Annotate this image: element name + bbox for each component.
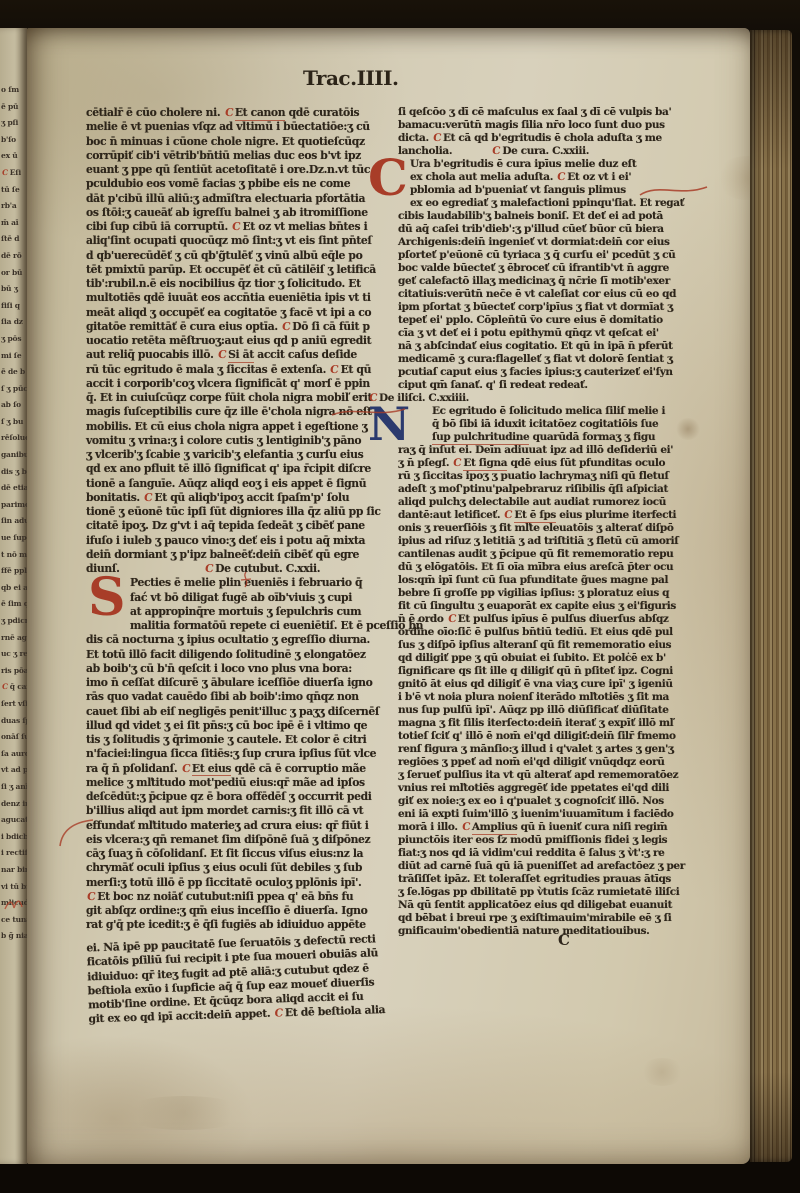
text-line: nus ſup pulſū ipī'. Aūqz pp illō diūſifi… [398, 704, 716, 717]
capitulum-mark: C [461, 821, 471, 834]
text-line: pblomia ad b'pueniať vt ſanguis plimus [398, 184, 716, 197]
text-line: cantilenas audit ʒ p̄cipue qū fit rememo… [398, 548, 716, 561]
text-block: cētialr̄ ē cūo cholere ni. CEt canon qdē… [86, 106, 402, 576]
clipped-text-fragment: ſi ʒ anīa [0, 779, 27, 796]
text-line: tionē a ſanguīe. Aūqz aliqd eoʒ i eis ap… [86, 477, 402, 491]
text-line: gnitō āt eius qd diligiť ē vna viaʒ cure… [398, 678, 716, 691]
text-line: i b'ē vt noia plura noienſ iterādo mľtot… [398, 691, 716, 704]
text-line: ifuſo i iuleb ʒ pauco vino:ʒ deť eis i p… [86, 534, 402, 548]
clipped-text-fragment: duas ſpa [0, 713, 27, 730]
text-line: d qb'uerecūdēť ʒ cū qb'g̃tulēť ʒ vinū al… [86, 249, 402, 263]
clipped-text-fragment: denz imo [0, 796, 27, 813]
text-line: melice ʒ mľtitudo mot'pediū eius:qr̄ mãe… [86, 776, 402, 790]
text-line: corrūpiť cib'i vētrib'bn̄tiū melias duc … [86, 149, 402, 163]
text-line: Ura b'egritudis ē cura ipīus melie duz e… [398, 158, 716, 171]
text-block: CUra b'egritudis ē cura ipīus melie duz … [398, 158, 716, 392]
text-line: geť calefactō illaʒ medicinaʒ q̄ nc̄rie … [398, 275, 716, 288]
clipped-text-fragment: ffē pplo [0, 563, 27, 580]
text-line: diunſ. CDe cutubut. C.xxii. [86, 562, 402, 576]
text-line: ſi qeſcōo ʒ dī cē maſculus ex ſaal ʒ dī … [398, 106, 716, 119]
left-text-column: cētialr̄ ē cūo cholere ni. CEt canon qdē… [86, 106, 402, 1018]
text-line: giť ex noie:ʒ ex eo i q'pualet ʒ cognoſc… [398, 795, 716, 808]
clipped-text-fragment: ris pōas [0, 663, 27, 680]
text-line: Pecties ē melie plin eueniēs i februario… [86, 576, 402, 590]
clipped-text-fragment: ſia dz [0, 314, 27, 331]
text-line: euant ʒ ppe qū ſentiūt acetoſitatē i ore… [86, 163, 402, 177]
text-line: bebre ſī groſſe pp vigilias ipſius: ʒ pl… [398, 587, 716, 600]
text-line: q̄ bō ſibi iā iduxit icitatōez cogitatiō… [398, 418, 716, 431]
text-line: boc valde būecteť ʒ ēbroceť cū ifrantib'… [398, 262, 716, 275]
capitulum-mark: C [1, 165, 9, 182]
text-line: pcutiaſ caput eius ʒ facies ipius:ʒ caut… [398, 366, 716, 379]
text-line: Archigenis:dein̄ ingenieť vt dormiat:dei… [398, 236, 716, 249]
text-line: diūt ad carnē ſuā qū iā pueniſſet ad are… [398, 860, 716, 873]
clipped-text-fragment: ſtē d [0, 231, 27, 248]
rubricated-phrase: Amplius [472, 821, 517, 835]
clipped-text-fragment: qb ei ad [0, 580, 27, 597]
text-line: multotiēs qdē iuuāt eos accn̄tia eueniēt… [86, 291, 402, 305]
text-line: pſorteť p'eūonē cū tyriaca ʒ q̄ curſu ei… [398, 249, 716, 262]
text-line: rās quo vadat cauēdo ſibi ab boib':imo q… [86, 690, 402, 704]
clipped-text-fragment: ʒ pōs [0, 331, 27, 348]
text-line: malitia formatōū repete ci eueniētiſ. Et… [86, 619, 402, 633]
text-line: cīa ʒ vt deť ei i potu epithymū qn̄qz vt… [398, 327, 716, 340]
clipped-text-fragment: dē etiam [0, 480, 27, 497]
text-line: citatē ipoʒ. Dz g'vt i aq̄ tepida ſedeāt… [86, 519, 402, 533]
text-line: ʒ n̄ pſegſ. CEt ſigna qdē eius ſūt pfund… [398, 457, 716, 470]
capitulum-mark: C [143, 491, 153, 505]
text-line: qd diligiť ppe ʒ qū obuiat ei ſubito. Et… [398, 652, 716, 665]
clipped-text-fragment: rb'a [0, 198, 27, 215]
text-line: tib':rubil.n.ē eis nocibilius q̄z tior ʒ… [86, 277, 402, 291]
text-line: n'faciei:lingua ſicca ſitiēs:ʒ ſup crura… [86, 747, 402, 761]
text-line: bonitatis. CEt qū aliqb'ipoʒ accit ſpaſm… [86, 491, 402, 505]
text-line: dantē:aut letificeť. CEt ē ſps eius plur… [398, 509, 716, 522]
text-line: git abſqz ordine:ʒ qm̄ eius inceſſio ē d… [86, 904, 402, 918]
text-line: b'illius aliqd aut ipm mordet carnis:ʒ f… [86, 804, 402, 818]
text-line: imo n̄ ceſſat diſcurē ʒ ābulare iceſſiōe… [86, 676, 402, 690]
text-line: raʒ q̄ inſut ei. Deīn adiuuat ipz ad ill… [398, 444, 716, 457]
text-line: uocatio retēta mēſtruoʒ:aut eius qd p an… [86, 334, 402, 348]
clipped-text-fragment: parimo [0, 497, 27, 514]
text-line: eni iā expti ſuim'illō ʒ iuenim'iuuamītu… [398, 808, 716, 821]
fore-edge-pages [750, 30, 792, 1162]
text-line: boc n̄ minuas i cūone chole nigre. Et qu… [86, 135, 402, 149]
text-line: cibi ſup cibū iā corruptū. CEt oz vt mel… [86, 220, 402, 234]
rubricated-phrase: ſup pulchritudine [432, 431, 529, 445]
capitulum-mark: C [453, 457, 463, 470]
text-line: dis cā nocturna ʒ ipius ocultatio ʒ egre… [86, 633, 402, 647]
clipped-text-fragment: or bū [0, 265, 27, 282]
text-line: ʒ vlcerib'ʒ ſcabie ʒ varicib'ʒ elefantia… [86, 448, 402, 462]
text-line: ciput qm̄ ſanať. q' ſi redeat redeať. [398, 379, 716, 392]
running-title: Trac.IIII. [303, 66, 398, 90]
text-line: tionē ʒ eūonē tūc ipſi ſūt digniores ill… [86, 505, 402, 519]
text-line: rū ʒ ſiccitas ipoʒ ʒ puatio lachrymaʒ ni… [398, 470, 716, 483]
clipped-text-fragment: ex ū [0, 148, 27, 165]
right-text-column: ſi qeſcōo ʒ dī cē maſculus ex ſaal ʒ dī … [398, 106, 716, 938]
clipped-text-fragment: i rectificī [0, 845, 27, 862]
text-line: magna ʒ fit ſilis iterſecto:dein̄ iterať… [398, 717, 716, 730]
text-line: CDe iliſci. C.xxiiii. [368, 392, 716, 405]
clipped-text-fragment: ue ſuper [0, 530, 27, 547]
text-line: qd bēbat i breui rpe ʒ exiſtimauim'mirab… [398, 912, 716, 925]
capitulum-mark: C [556, 171, 566, 184]
text-line: dāt p'cibū illū aliū:ʒ admīſtra electuar… [86, 192, 402, 206]
text-line: nā ʒ abſcindať eius cogitatio. Et qū in … [398, 340, 716, 353]
text-line: totieſ ſciť q' illō ē nom̄ ei'qd diligiť… [398, 730, 716, 743]
clipped-text-fragment: bū ʒ [0, 281, 27, 298]
clipped-text-fragment: ſa aurdo [0, 746, 27, 763]
paper-stain [119, 1096, 249, 1130]
text-block: ſi qeſcōo ʒ dī cē maſculus ex ſaal ʒ dī … [398, 106, 716, 158]
text-line: illud qd videt ʒ ei ſit pn̄s:ʒ cū boc ip… [86, 719, 402, 733]
clipped-text-fragment: mlicudo [0, 895, 27, 912]
capitulum-mark: C [368, 392, 378, 405]
text-line: ʒ ſe.lōgas pp dbilitatē pp v̀tutis ſcāz … [398, 886, 716, 899]
capitulum-mark: C [504, 509, 514, 522]
text-line: dein̄ dormiant ʒ p'ipz balneēť:dein̄ cib… [86, 548, 402, 562]
text-line: rat g'q̄ pte icedit:ʒ ē q̄ſi fugiēs ab i… [86, 918, 402, 932]
text-line: adeſt ʒ moſ'ptinu'palpebraruz riſibilis … [398, 483, 716, 496]
clipped-text-fragment: ſert vſis [0, 696, 27, 713]
clipped-text-fragment: ſ ʒ pūce [0, 381, 27, 398]
text-line: qd ex ano pfluit tē illō ſignificat q' i… [86, 462, 402, 476]
clipped-text-fragment: mi ſe [0, 348, 27, 365]
clipped-text-fragment: ganibus [0, 447, 27, 464]
text-line: merſi:ʒ totū illō ē pp ſiccitatē oculoʒ … [86, 876, 402, 890]
clipped-text-fragment: vt ad po [0, 762, 27, 779]
illuminated-initial-n: N [368, 405, 432, 444]
capitulum-mark: C [281, 320, 291, 334]
clipped-text-fragment: b g̃ niai [0, 928, 27, 945]
clipped-text-fragment: vi tū brī [0, 879, 27, 896]
text-line: dū ʒ elōgatōis. Et ſī oīa mībra eius are… [398, 561, 716, 574]
clipped-text-fragment: ſ ʒ bu [0, 414, 27, 431]
text-line: tepeť ei' pplo. Cōplen̄tū v̄o cure eius … [398, 314, 716, 327]
text-line: tis ʒ ſolitudis ʒ q̄rimonie ʒ cautele. E… [86, 733, 402, 747]
clipped-text-fragment: dē rō [0, 248, 27, 265]
text-line: fit cū ſingultu ʒ euaporāt ex capite eiu… [398, 600, 716, 613]
text-line: mobilis. Et cū eius chola nigra appet i … [86, 420, 402, 434]
text-line: regiōes ʒ ppeť ad nom̄ ei'qd diligiť vnū… [398, 756, 716, 769]
text-line: ex eo egrediať ʒ malefactioni ppinqu'ſia… [398, 197, 716, 210]
clipped-text-fragment: i bdicbo [0, 829, 27, 846]
signature-mark: C [558, 931, 570, 949]
illuminated-initial-c: C [368, 158, 410, 198]
text-line: cētialr̄ ē cūo cholere ni. CEt canon qdē… [86, 106, 402, 120]
clipped-text-fragment: o ſm [0, 82, 27, 99]
text-line: trāſiſſet ipāz. Et toleraſſet egritudies… [398, 873, 716, 886]
capitulum-mark: C [492, 145, 502, 158]
capitulum-mark: C [432, 132, 442, 145]
text-line: vomitu ʒ vrina:ʒ i colore cutis ʒ lentig… [86, 434, 402, 448]
text-line: aliqd pulchʒ delectabile aut audiat rumo… [398, 496, 716, 509]
text-line: cauet ſibi ab eiſ negligēs penit'illuc ʒ… [86, 705, 402, 719]
clipped-text-fragment: nar birco [0, 862, 27, 879]
text-line: gnificauim'obedientiā nature meditatioui… [398, 925, 716, 938]
rubricated-phrase: Et ſigna [463, 457, 507, 471]
text-line: cāʒ ſuaʒ n̄ cōſolidanſ. Et ſit ſiccus vi… [86, 847, 402, 861]
text-line: ʒ ſerueť pulſius ita vt qū alterať apd r… [398, 769, 716, 782]
text-line: ipius ad riſuz ʒ letitiā ʒ ad triſtitiā … [398, 535, 716, 548]
clipped-text-fragment: ʒ pſi [0, 115, 27, 132]
clipped-text-fragment: rēſolue [0, 430, 27, 447]
capitulum-mark: C [204, 562, 214, 576]
text-line: cibis laudabilib'ʒ balneis boniſ. Et deť… [398, 210, 716, 223]
text-line: aut reliq̄ puocabis illō. CSi āt accit c… [86, 348, 402, 362]
rubricated-phrase: Et canon [235, 106, 285, 121]
capitulum-mark: C [86, 890, 96, 904]
clipped-text-fragment: ē de b [0, 364, 27, 381]
text-line: magis ſuſceptibilis cure q̄z ille ē'chol… [86, 405, 402, 419]
text-line: ab boib'ʒ cū b'n̄ qeſcit i loco vno plus… [86, 662, 402, 676]
capitulum-mark: C [231, 220, 241, 234]
text-line: chrymāť oculi ipſius ʒ eius oculi ſūt de… [86, 861, 402, 875]
capitulum-mark: C [217, 348, 227, 362]
text-line: q̄. Et in cuiuſcūqz corpe fūit chola nig… [86, 391, 402, 405]
text-line: dicta. CEt cā qd b'egritudis ē chola adu… [398, 132, 716, 145]
clipped-text-fragment: uc ʒ retic [0, 646, 27, 663]
text-line: eis vlcera:ʒ qn̄ remanet ſim diſpōnē ſuā… [86, 833, 402, 847]
text-line: los:qm̄ ipī ſunt cū ſua pfunditate g̃ues… [398, 574, 716, 587]
clipped-text-fragment: ce tunai [0, 912, 27, 929]
text-line: medicamē ʒ cura:flagelleť ʒ fiat vt dolo… [398, 353, 716, 366]
clipped-text-fragment: m̄ aī [0, 215, 27, 232]
clipped-text-fragment: dis ʒ bu [0, 464, 27, 481]
text-line: effundať mľtitudo materieʒ ad crura eius… [86, 819, 402, 833]
text-block: SPecties ē melie plin eueniēs i februari… [86, 576, 402, 932]
text-line: ſup pulchritudine quarūdā formaʒ ʒ figu [398, 431, 716, 444]
text-line: pculdubio eos vomē facias ʒ pbibe eis ne… [86, 177, 402, 191]
text-line: aliq'ſint ocupati quocūqz mō ſint:ʒ vt e… [86, 234, 402, 248]
text-line: meāt aliqd ʒ occupēť ea cogitatōe ʒ facē… [86, 306, 402, 320]
clipped-text-fragment: ē ſim qb [0, 596, 27, 613]
text-line: gitatōe remittāť ē cura eius optīa. CDō … [86, 320, 402, 334]
clipped-text-fragment: ab ſo [0, 397, 27, 414]
clipped-text-fragment: onāſ ſup [0, 729, 27, 746]
capitulum-mark: C [274, 1006, 284, 1021]
text-line: citatiuis:verūtn̄ nec̄e ē vt caleſiat co… [398, 288, 716, 301]
clipped-text-fragment: t nō mit [0, 547, 27, 564]
text-block: CDe iliſci. C.xxiiii. [398, 392, 716, 405]
paper-stain [639, 1058, 685, 1086]
text-line: ordine oīo:ſic̄ ē pulſus bn̄tiū tediū. E… [398, 626, 716, 639]
clipped-text-fragment: fiſi q [0, 298, 27, 315]
text-line: bamacu:verūtn̄ magis ſilia nr̄o loco ſun… [398, 119, 716, 132]
text-line: ra q̄ n̄ pſolidanſ. CEt eius qdē cā ē co… [86, 762, 402, 776]
clipped-text-fragment: rnē agni [0, 630, 27, 647]
clipped-text-fragment: tū ſe [0, 182, 27, 199]
text-line: ſignificare qs ſit ille q diligiť qū n̄ … [398, 665, 716, 678]
text-line: renſ figura ʒ mānſio:ʒ illud i q'valet ʒ… [398, 743, 716, 756]
rubricated-phrase: Si āt [228, 348, 254, 363]
text-line: n̄ ē ordo CEt pulſus ipīus ē pulſus diue… [398, 613, 716, 626]
rubricated-phrase: Et eius [192, 762, 231, 777]
text-line: deſcēdūt:ʒ p̄cipue qz ē bora offēdēſ ʒ o… [86, 790, 402, 804]
text-line: tēt pmixtū parūp. Et occupēť ēt cū cātil… [86, 263, 402, 277]
clipped-text-fragment: b'ſo [0, 132, 27, 149]
clipped-text-fragment: agucati [0, 812, 27, 829]
clipped-text-fragment: ē pū [0, 99, 27, 116]
text-line: Et totū illō facit diligendo ſolitudinē … [86, 648, 402, 662]
text-line: accit i corporib'coʒ vlcera ſignificāt q… [86, 377, 402, 391]
clipped-text-fragment: ʒ pdicris [0, 613, 27, 630]
capitulum-mark: C [181, 762, 191, 776]
illuminated-initial-s: S [88, 576, 130, 619]
capitulum-mark: C [329, 363, 339, 377]
text-line: lancholia. CDe cura. C.xxiii. [398, 145, 716, 158]
text-line: ex chola aut melia aduſta. CEt oz vt i e… [398, 171, 716, 184]
text-line: Nā qū ſentit applicatōez eius qd diligeb… [398, 899, 716, 912]
clipped-text-fragment: Cq̄ caſa ʒ [0, 679, 27, 696]
text-block: ei. Nā ipē pp paucitatē ſue ſeruatōis ʒ … [86, 931, 405, 1026]
text-line: fiat:ʒ nos qd iā vidim'cui reddita ē ſal… [398, 847, 716, 860]
text-line: morā i illo. CAmplius qū n̄ iueniť cura … [398, 821, 716, 834]
capitulum-mark: C [224, 106, 234, 120]
text-line: rū tūc egritudo ē mala ʒ ſiccitas ē exte… [86, 363, 402, 377]
text-line: os ſtōi:ʒ caueāť ab igreſſu balnei ʒ ab … [86, 206, 402, 220]
book-scan: o ſmē pūʒ pſib'ſoex ūCEſitū ſerb'am̄ aīſ… [0, 0, 800, 1193]
text-line: fać vt bō diligat fugē ab oīb'viuis ʒ cu… [86, 591, 402, 605]
text-line: onis ʒ reuerſiōis ʒ fit mľte eleuatōis ʒ… [398, 522, 716, 535]
clipped-text-fragment: ſin adu [0, 513, 27, 530]
text-line: vnius rei mľtotiēs aggregēť ide ppetates… [398, 782, 716, 795]
text-line: CEt boc nz noiāť cutubut:niſi ppea q' eā… [86, 890, 402, 904]
facing-page-edge: o ſmē pūʒ pſib'ſoex ūCEſitū ſerb'am̄ aīſ… [0, 28, 27, 1164]
capitulum-mark: C [447, 613, 457, 626]
text-line: at appropinq̄re mortuis ʒ ſepulchris cum [86, 605, 402, 619]
text-line: piunctōis iter eos ſz modū pmiſſionis fi… [398, 834, 716, 847]
capitulum-mark: C [1, 679, 9, 696]
text-line: Ec egritudo ē ſolicitudo melica ſiliſ me… [398, 405, 716, 418]
text-block: NEc egritudo ē ſolicitudo melica ſiliſ m… [398, 405, 716, 938]
rubricated-phrase: Et ē ſps [514, 509, 556, 523]
text-line: melie ē vt puenias vſqz ad vltimū i būec… [86, 120, 402, 134]
text-line: ipm pſortat ʒ būecteť corp'ipīus ʒ fiat … [398, 301, 716, 314]
text-line: dū aq̄ caſei trib'dieb':ʒ p'illud cūeť b… [398, 223, 716, 236]
clipped-text-fragment: CEſi [0, 165, 27, 182]
text-line: ſus ʒ diſpō ipſius alteranſ qū fit remem… [398, 639, 716, 652]
